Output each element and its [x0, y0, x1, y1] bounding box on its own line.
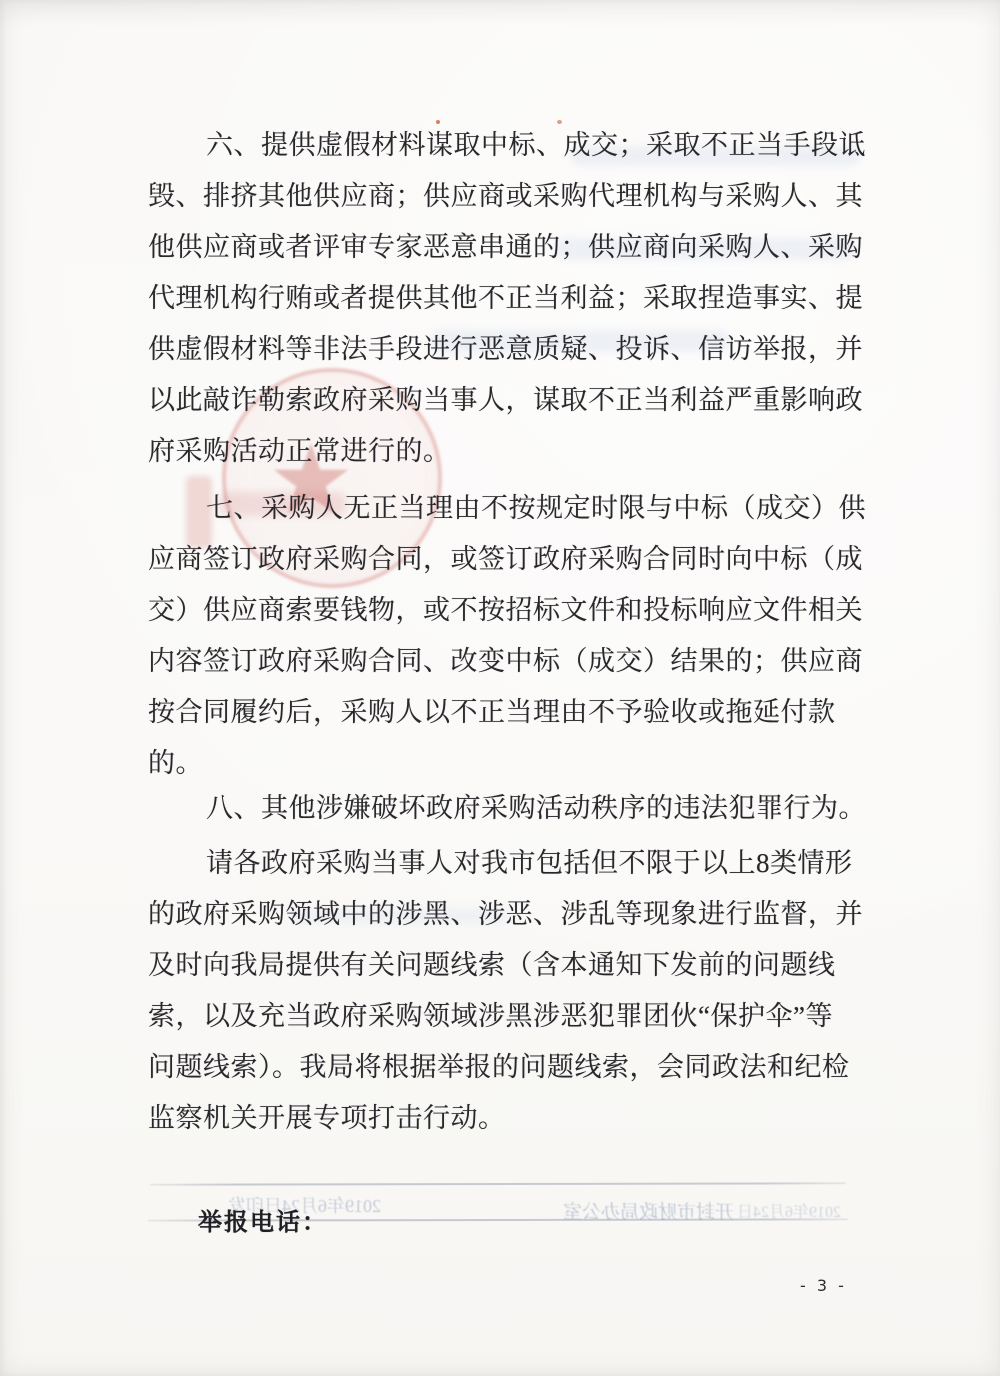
body-line: 的政府采购领域中的涉黑、涉恶、涉乱等现象进行监督，并 — [148, 889, 860, 940]
body-line: 他供应商或者评审专家恶意串通的；供应商向采购人、采购 — [148, 222, 860, 273]
body-line: 应商签订政府采购合同，或签订政府采购合同时向中标（成 — [148, 534, 860, 585]
body-line: 内容签订政府采购合同、改变中标（成交）结果的；供应商 — [148, 636, 860, 687]
bleed-print-date-short: 2019年6月24日 — [737, 1199, 841, 1222]
report-phone-label: 举报电话： — [198, 1202, 328, 1237]
paragraph-closing: 请各政府采购当事人对我市包括但不限于以上8类情形 的政府采购领域中的涉黑、涉恶、… — [148, 838, 860, 1144]
footer-rule-top — [150, 1182, 846, 1185]
page-number: - 3 - — [800, 1276, 847, 1295]
body-line: 六、提供虚假材料谋取中标、成交；采取不正当手段诋 — [148, 120, 860, 171]
paragraph-item-seven: 七、采购人无正当理由不按规定时限与中标（成交）供 应商签订政府采购合同，或签订政… — [148, 483, 860, 789]
body-line: 监察机关开展专项打击行动。 — [148, 1093, 860, 1144]
body-line: 交）供应商索要钱物，或不按招标文件和投标响应文件相关 — [148, 585, 860, 636]
scanned-document-page: 六、提供虚假材料谋取中标、成交；采取不正当手段诋 毁、排挤其他供应商；供应商或采… — [0, 0, 1000, 1376]
body-line: 按合同履约后，采购人以不正当理由不予验收或拖延付款 — [148, 687, 860, 738]
bleed-org-name: 开封市财政局办公室 — [563, 1197, 734, 1224]
body-line: 代理机构行贿或者提供其他不正当利益；采取捏造事实、提 — [148, 273, 860, 324]
body-line: 请各政府采购当事人对我市包括但不限于以上8类情形 — [148, 838, 860, 889]
body-line: 八、其他涉嫌破坏政府采购活动秩序的违法犯罪行为。 — [148, 783, 860, 834]
body-line: 府采购活动正常进行的。 — [148, 426, 860, 477]
body-line: 七、采购人无正当理由不按规定时限与中标（成交）供 — [148, 483, 860, 534]
body-line: 以此敲诈勒索政府采购当事人，谋取不正当利益严重影响政 — [148, 375, 860, 426]
body-line: 的。 — [148, 738, 860, 789]
paragraph-item-six: 六、提供虚假材料谋取中标、成交；采取不正当手段诋 毁、排挤其他供应商；供应商或采… — [148, 120, 860, 477]
body-line: 问题线索）。我局将根据举报的问题线索，会同政法和纪检 — [148, 1042, 860, 1093]
body-line: 供虚假材料等非法手段进行恶意质疑、投诉、信访举报，并 — [148, 324, 860, 375]
paragraph-item-eight: 八、其他涉嫌破坏政府采购活动秩序的违法犯罪行为。 — [148, 783, 860, 834]
body-line: 及时向我局提供有关问题线索（含本通知下发前的问题线 — [148, 940, 860, 991]
body-line: 毁、排挤其他供应商；供应商或采购代理机构与采购人、其 — [148, 171, 860, 222]
body-line: 索，以及充当政府采购领域涉黑涉恶犯罪团伙“保护伞”等 — [148, 991, 860, 1042]
